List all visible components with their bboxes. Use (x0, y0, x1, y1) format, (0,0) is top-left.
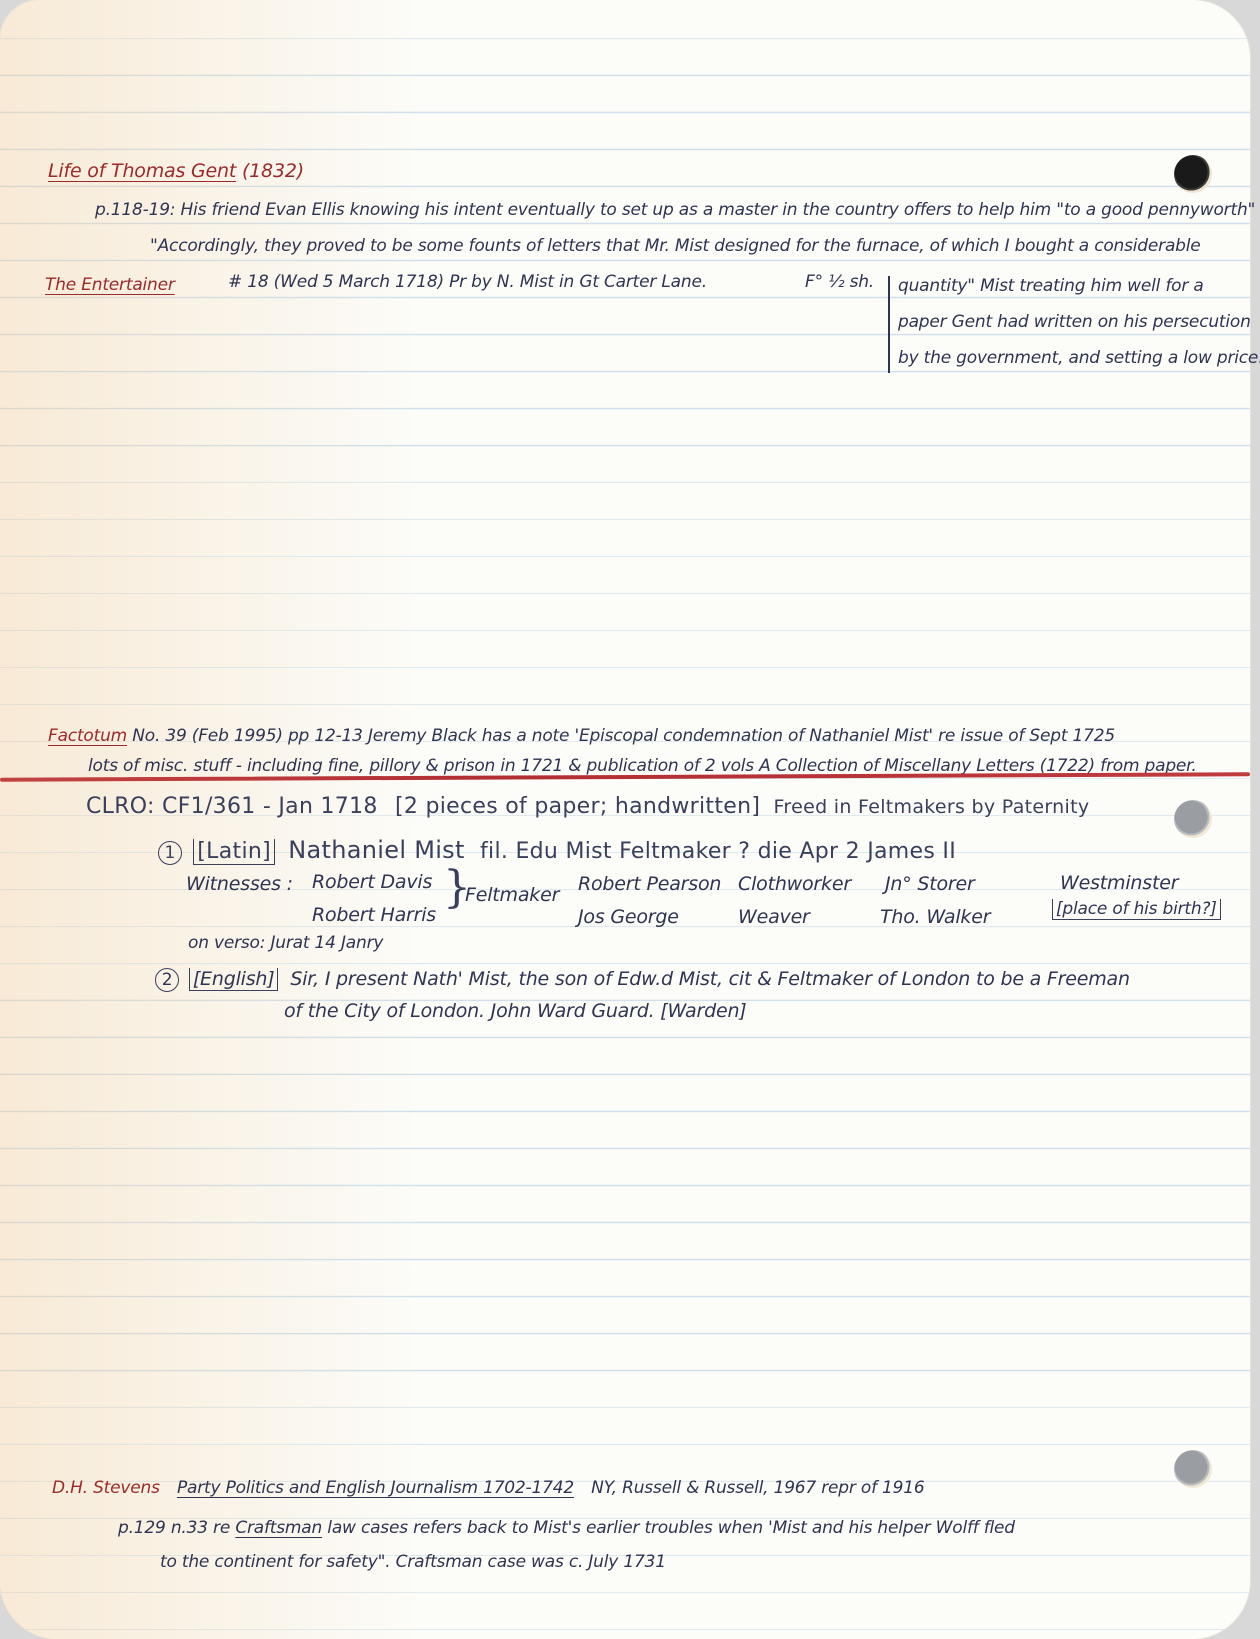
stevens-craftsman: Craftsman (235, 1518, 322, 1538)
stevens-title: Party Politics and English Journalism 17… (177, 1478, 574, 1498)
witness-davis: Robert Davis (312, 871, 432, 893)
entertainer-details: # 18 (Wed 5 March 1718) Pr by N. Mist in… (228, 272, 707, 292)
gent-side-note-2: paper Gent had written on his persecutio… (898, 312, 1251, 332)
clro-bracket-note: [2 pieces of paper; handwritten] (395, 794, 760, 819)
place: Westminster (1060, 872, 1178, 894)
factotum-line-1-rest: No. 39 (Feb 1995) pp 12-13 Jeremy Black … (132, 726, 1115, 746)
item-2-number: 2 (155, 968, 179, 992)
factotum-heading: Factotum (48, 726, 127, 746)
witness-pearson-trade: Clothworker (738, 873, 851, 895)
gent-heading-year: (1832) (242, 160, 304, 182)
clro-item-1: 1 [Latin] Nathaniel Mist fil. Edu Mist F… (158, 836, 956, 865)
gent-heading: Life of Thomas Gent (1832) (48, 160, 304, 182)
witness-george-trade: Weaver (738, 906, 810, 928)
witness-harris: Robert Harris (312, 904, 436, 926)
stevens-line-3: to the continent for safety". Craftsman … (160, 1552, 666, 1572)
gent-line-2: "Accordingly, they proved to be some fou… (150, 236, 1201, 256)
factotum-line-2-prefix: lots of misc. stuff - including fine, pi… (88, 756, 754, 776)
verso-note: on verso: Jurat 14 Janry (188, 933, 383, 953)
stevens-line-1: D.H. Stevens Party Politics and English … (52, 1478, 925, 1498)
gent-side-note-1: quantity" Mist treating him well for a (898, 276, 1204, 296)
clro-item-2: 2 [English] Sir, I present Nath' Mist, t… (155, 968, 1130, 992)
place-note: [place of his birth?] (1052, 899, 1221, 920)
item-1-rest: fil. Edu Mist Feltmaker ? die Apr 2 Jame… (480, 839, 956, 864)
stevens-author: D.H. Stevens (52, 1478, 160, 1498)
punch-hole-middle (1174, 800, 1212, 838)
entertainer-format: F° ½ sh. (805, 272, 874, 292)
clro-summary: Freed in Feltmakers by Paternity (774, 796, 1090, 818)
item-1-number: 1 (158, 841, 182, 865)
item-2-language: [English] (189, 968, 279, 991)
factotum-line-1: Factotum No. 39 (Feb 1995) pp 12-13 Jere… (48, 726, 1115, 746)
entertainer-heading: The Entertainer (45, 275, 175, 295)
witness-davis-harris-trade: Feltmaker (465, 884, 559, 906)
punch-hole-bottom (1174, 1450, 1212, 1488)
side-note-bracket (888, 276, 890, 373)
stevens-pub: NY, Russell & Russell, 1967 repr of 1916 (591, 1478, 924, 1498)
item-2-line-2: of the City of London. John Ward Guard. … (284, 1000, 747, 1022)
stevens-line-2-prefix: p.129 n.33 re (118, 1518, 230, 1538)
item-2-line-1: Sir, I present Nath' Mist, the son of Ed… (290, 968, 1130, 990)
witness-walker: Tho. Walker (880, 906, 990, 928)
witness-pearson: Robert Pearson (578, 873, 721, 895)
gent-side-note-3: by the government, and setting a low pri… (898, 348, 1260, 368)
gent-heading-title: Life of Thomas Gent (48, 160, 236, 182)
stevens-line-2-rest: law cases refers back to Mist's earlier … (327, 1518, 1015, 1538)
clro-line: CLRO: CF1/361 - Jan 1718 [2 pieces of pa… (86, 794, 1089, 819)
witnesses-label: Witnesses : (186, 873, 293, 895)
witness-storer: Jn° Storer (885, 873, 975, 895)
witness-george: Jos George (578, 906, 679, 928)
stevens-line-2: p.129 n.33 re Craftsman law cases refers… (118, 1518, 1015, 1538)
item-1-name: Nathaniel Mist (288, 836, 464, 864)
notebook-page: Life of Thomas Gent (1832) p.118-19: His… (0, 0, 1250, 1639)
gent-line-1: p.118-19: His friend Evan Ellis knowing … (95, 200, 1255, 220)
item-1-language: [Latin] (193, 839, 275, 865)
clro-ref: CLRO: CF1/361 - Jan 1718 (86, 794, 378, 819)
punch-hole-top (1174, 155, 1212, 193)
